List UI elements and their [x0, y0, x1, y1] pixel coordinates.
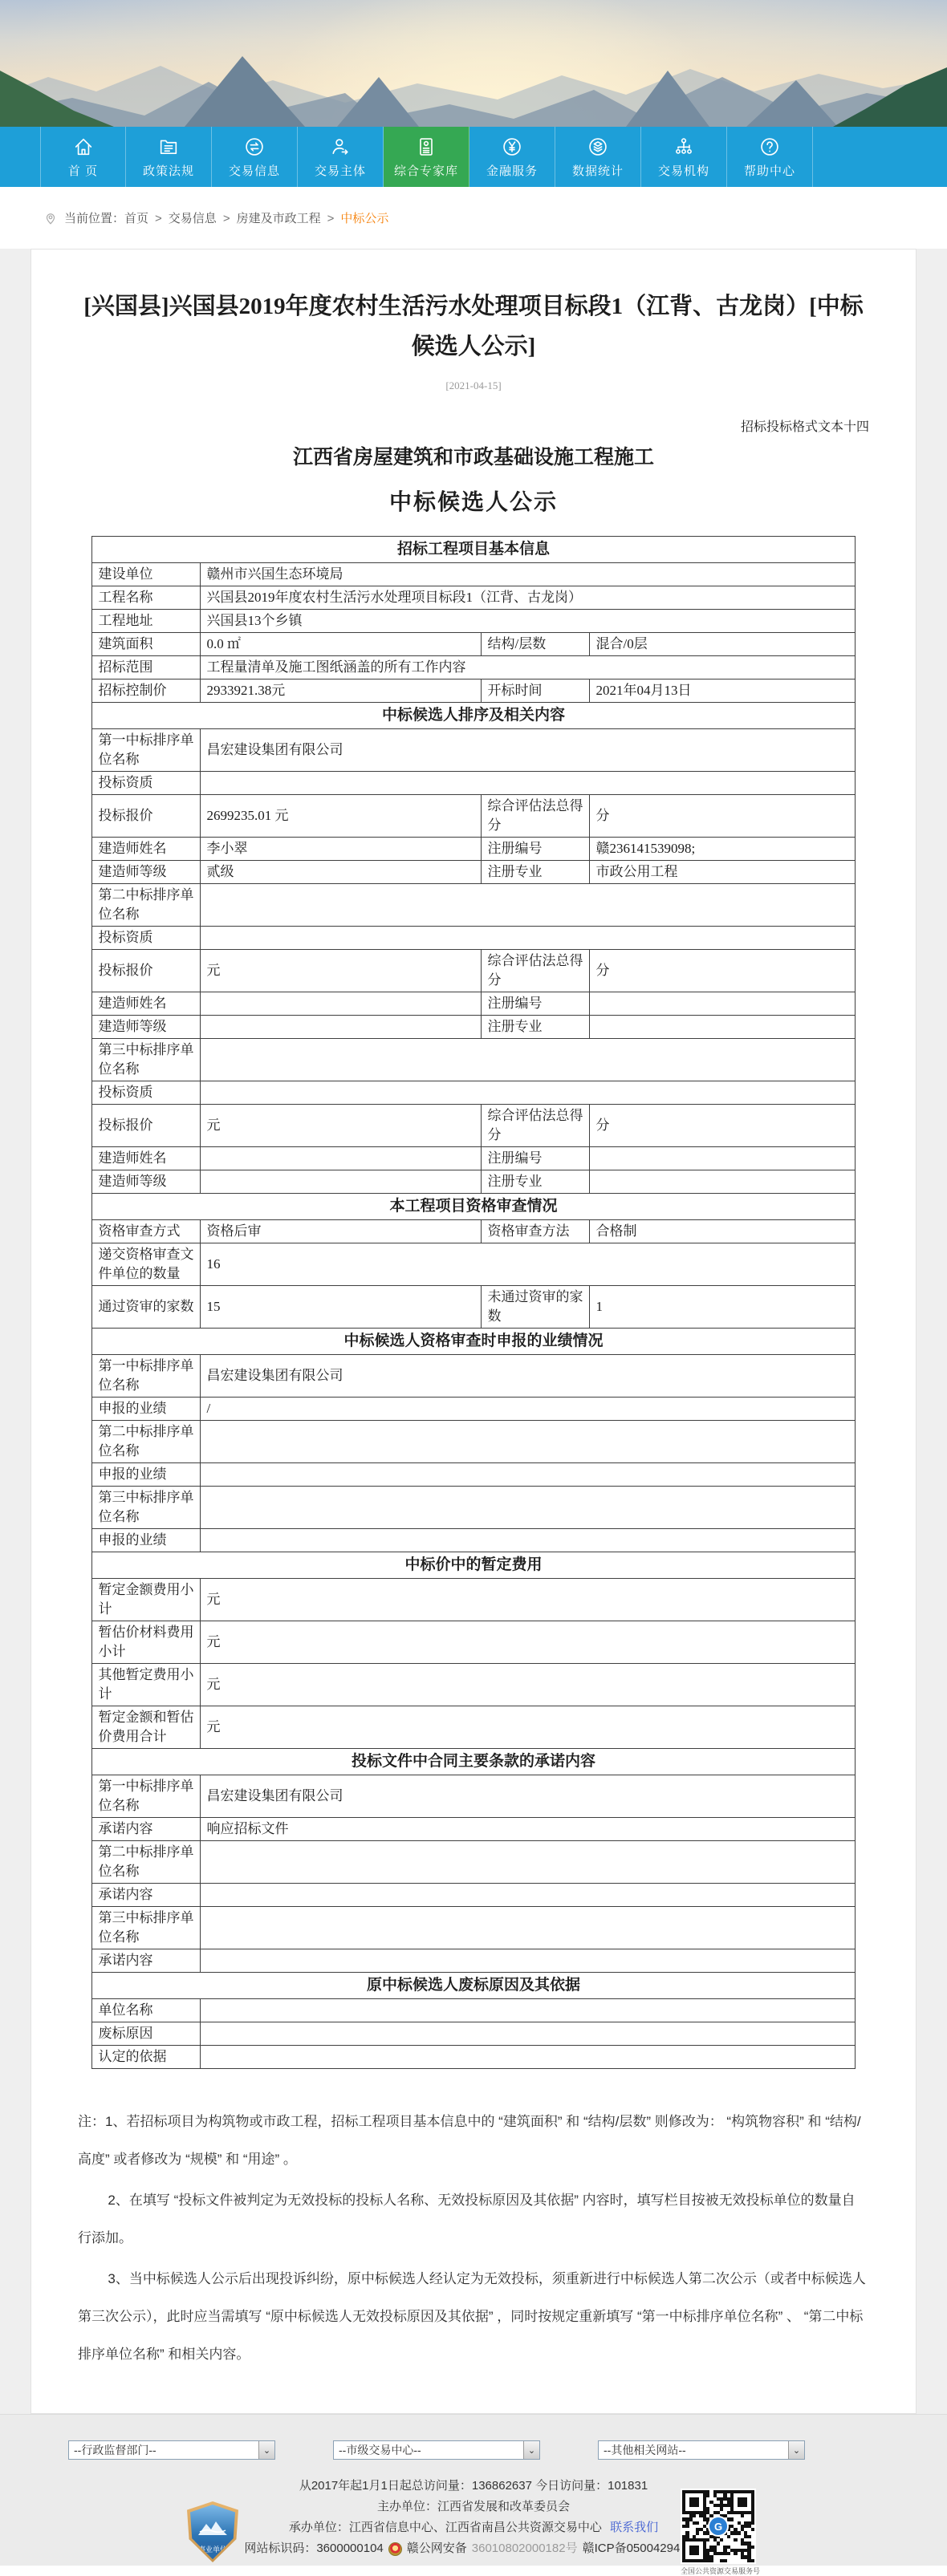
label-cell: 资格审查方式 [92, 1220, 201, 1243]
value-cell [201, 2022, 855, 2046]
label-cell: 未通过资审的家数 [482, 1286, 590, 1329]
label-cell: 第二中标排序单位名称 [92, 1421, 201, 1463]
nav-item-label: 帮助中心 [744, 162, 795, 179]
table-row: 建造师姓名注册编号 [92, 992, 855, 1016]
value-cell: 响应招标文件 [201, 1818, 855, 1841]
section-header-cell: 本工程项目资格审查情况 [92, 1194, 855, 1220]
police-badge-icon [388, 2542, 402, 2556]
label-cell: 注册编号 [482, 1147, 590, 1170]
nav-item-2[interactable]: 交易信息 [212, 127, 298, 187]
label-cell: 综合评估法总得分 [482, 950, 590, 992]
label-cell: 建造师姓名 [92, 1147, 201, 1170]
value-cell [201, 772, 855, 795]
value-cell [201, 2046, 855, 2069]
label-cell: 投标资质 [92, 1081, 201, 1105]
table-row: 资格审查方式资格后审资格审查方法合格制 [92, 1220, 855, 1243]
nav-item-4[interactable]: 综合专家库 [384, 127, 469, 187]
location-pin-icon [43, 211, 58, 225]
label-cell: 第二中标排序单位名称 [92, 884, 201, 927]
dropdown-selected-value: --市级交易中心-- [334, 2442, 523, 2458]
table-row: 第二中标排序单位名称 [92, 1841, 855, 1884]
footer-dropdown-0[interactable]: --行政监督部门--⌄ [68, 2440, 275, 2460]
bid-result-table: 招标工程项目基本信息建设单位赣州市兴国生态环境局工程名称兴国县2019年度农村生… [91, 536, 855, 2069]
table-row: 申报的业绩 [92, 1463, 855, 1487]
qr-caption: 全国公共资源交易服务号 [681, 2566, 758, 2576]
value-cell [590, 1016, 855, 1039]
label-cell: 工程地址 [92, 610, 201, 633]
value-cell: 元 [201, 950, 482, 992]
breadcrumb-items: 首页>交易信息>房建及市政工程>中标公示 [124, 209, 388, 226]
nav-item-label: 金融服务 [486, 162, 538, 179]
table-section-header: 投标文件中合同主要条款的承诺内容 [92, 1749, 855, 1775]
table-section-header: 原中标候选人废标原因及其依据 [92, 1973, 855, 1999]
value-cell [201, 1463, 855, 1487]
label-cell: 建造师等级 [92, 1016, 201, 1039]
table-row: 投标资质 [92, 1081, 855, 1105]
value-cell: 混合/0层 [590, 633, 855, 656]
main-nav: 首 页政策法规交易信息交易主体综合专家库金融服务数据统计交易机构帮助中心 [0, 127, 947, 187]
table-row: 投标报价2699235.01 元综合评估法总得分分 [92, 795, 855, 838]
breadcrumb-separator: > [327, 212, 335, 225]
value-cell: 赣236141539098; [590, 838, 855, 861]
label-cell: 招标控制价 [92, 679, 201, 703]
table-row: 单位名称 [92, 1999, 855, 2022]
table-row: 投标报价元综合评估法总得分分 [92, 950, 855, 992]
footer-dropdown-1[interactable]: --市级交易中心--⌄ [333, 2440, 540, 2460]
value-cell [201, 1529, 855, 1552]
value-cell [201, 1016, 482, 1039]
value-cell: 0.0 ㎡ [201, 633, 482, 656]
value-cell: 兴国县13个乡镇 [201, 610, 855, 633]
note-paragraph: 3、当中标候选人公示后出现投诉纠纷，原中标候选人经认定为无效投标，须重新进行中标… [78, 2260, 868, 2373]
table-row: 第一中标排序单位名称昌宏建设集团有限公司 [92, 729, 855, 772]
label-cell: 建造师姓名 [92, 992, 201, 1016]
label-cell: 工程名称 [92, 586, 201, 610]
value-cell [201, 1147, 482, 1170]
dropdown-selected-value: --其他相关网站-- [599, 2442, 788, 2458]
value-cell [590, 1147, 855, 1170]
organizer-unit: 承办单位：江西省信息中心、江西省南昌公共资源交易中心 [289, 2521, 602, 2534]
note-paragraph: 注：1、若招标项目为构筑物或市政工程，招标工程项目基本信息中的 “建筑面积” 和… [78, 2103, 868, 2178]
table-row: 建造师等级注册专业 [92, 1170, 855, 1194]
announcement-card: [兴国县]兴国县2019年度农村生活污水处理项目标段1（江背、古龙岗）[中标候选… [30, 249, 917, 2414]
value-cell: 2021年04月13日 [590, 679, 855, 703]
table-row: 申报的业绩 [92, 1529, 855, 1552]
badge-mountain-icon [197, 2517, 229, 2538]
table-row: 递交资格审查文件单位的数量16 [92, 1243, 855, 1286]
value-cell: 元 [201, 1105, 482, 1147]
value-cell: 资格后审 [201, 1220, 482, 1243]
label-cell: 综合评估法总得分 [482, 795, 590, 838]
table-row: 投标报价元综合评估法总得分分 [92, 1105, 855, 1147]
help-icon [758, 136, 781, 158]
nav-item-label: 数据统计 [572, 162, 624, 179]
breadcrumb-separator: > [223, 212, 230, 225]
breadcrumb-prefix: 当前位置： [64, 209, 124, 226]
label-cell: 招标范围 [92, 656, 201, 679]
nav-item-6[interactable]: 数据统计 [555, 127, 641, 187]
value-cell: 分 [590, 1105, 855, 1147]
label-cell: 投标资质 [92, 772, 201, 795]
qr-code: G [681, 2489, 756, 2564]
label-cell: 注册编号 [482, 992, 590, 1016]
label-cell: 第三中标排序单位名称 [92, 1487, 201, 1529]
host-unit: 主办单位：江西省发展和改革委员会 [0, 2497, 947, 2517]
visit-stats: 从2017年起1月1日起总访问量：136862637 今日访问量：101831 [0, 2476, 947, 2497]
label-cell: 结构/层数 [482, 633, 590, 656]
site-footer: --行政监督部门--⌄--市级交易中心--⌄--其他相关网站--⌄ 从2017年… [0, 2414, 947, 2566]
format-label: 招标投标格式文本十四 [31, 416, 869, 435]
table-row: 申报的业绩/ [92, 1398, 855, 1421]
label-cell: 第三中标排序单位名称 [92, 1039, 201, 1081]
value-cell [201, 1907, 855, 1949]
nav-item-label: 交易信息 [229, 162, 280, 179]
table-row: 建造师等级注册专业 [92, 1016, 855, 1039]
table-row: 废标原因 [92, 2022, 855, 2046]
label-cell: 递交资格审查文件单位的数量 [92, 1243, 201, 1286]
value-cell: 2933921.38元 [201, 679, 482, 703]
dropdown-selected-value: --行政监督部门-- [69, 2442, 258, 2458]
value-cell: 赣州市兴国生态环境局 [201, 563, 855, 586]
label-cell: 第一中标排序单位名称 [92, 1355, 201, 1398]
value-cell: 昌宏建设集团有限公司 [201, 1775, 855, 1818]
label-cell: 注册专业 [482, 1016, 590, 1039]
table-row: 投标资质 [92, 772, 855, 795]
nav-item-5[interactable]: 金融服务 [469, 127, 555, 187]
expert-idcard-icon [415, 136, 437, 158]
exchange-icon [243, 136, 266, 158]
label-cell: 投标报价 [92, 795, 201, 838]
value-cell [590, 1170, 855, 1194]
label-cell: 注册专业 [482, 1170, 590, 1194]
page-title: [兴国县]兴国县2019年度农村生活污水处理项目标段1（江背、古龙岗）[中标候选… [72, 286, 875, 367]
table-row: 招标控制价2933921.38元开标时间2021年04月13日 [92, 679, 855, 703]
label-cell: 其他暂定费用小计 [92, 1664, 201, 1706]
table-row: 其他暂定费用小计元 [92, 1664, 855, 1706]
value-cell: 贰级 [201, 861, 482, 884]
value-cell: 李小翠 [201, 838, 482, 861]
value-cell: 16 [201, 1243, 855, 1286]
value-cell [201, 1039, 855, 1081]
value-cell [201, 1884, 855, 1907]
breadcrumb-link[interactable]: 首页 [124, 212, 148, 225]
value-cell: 2699235.01 元 [201, 795, 482, 838]
label-cell: 申报的业绩 [92, 1463, 201, 1487]
value-cell [201, 927, 855, 950]
qr-logo: G [708, 2516, 729, 2537]
table-row: 第三中标排序单位名称 [92, 1487, 855, 1529]
nav-item-label: 政策法规 [143, 162, 194, 179]
label-cell: 第一中标排序单位名称 [92, 1775, 201, 1818]
label-cell: 废标原因 [92, 2022, 201, 2046]
chevron-down-icon: ⌄ [258, 2441, 274, 2459]
label-cell: 承诺内容 [92, 1949, 201, 1973]
breadcrumb-separator: > [155, 212, 162, 225]
nav-item-1[interactable]: 政策法规 [126, 127, 212, 187]
label-cell: 申报的业绩 [92, 1398, 201, 1421]
value-cell [201, 1421, 855, 1463]
label-cell: 暂定金额费用小计 [92, 1579, 201, 1621]
section-header-cell: 中标候选人排序及相关内容 [92, 703, 855, 729]
value-cell: 兴国县2019年度农村生活污水处理项目标段1（江背、古龙岗） [201, 586, 855, 610]
value-cell [590, 992, 855, 1016]
label-cell: 第一中标排序单位名称 [92, 729, 201, 772]
table-row: 第一中标排序单位名称昌宏建设集团有限公司 [92, 1355, 855, 1398]
policy-folder-icon [157, 136, 180, 158]
table-row: 承诺内容响应招标文件 [92, 1818, 855, 1841]
label-cell: 单位名称 [92, 1999, 201, 2022]
table-row: 投标资质 [92, 927, 855, 950]
label-cell: 综合评估法总得分 [482, 1105, 590, 1147]
table-row: 建筑面积0.0 ㎡结构/层数混合/0层 [92, 633, 855, 656]
table-row: 工程名称兴国县2019年度农村生活污水处理项目标段1（江背、古龙岗） [92, 586, 855, 610]
value-cell [201, 1841, 855, 1884]
qr-code-block: G 全国公共资源交易服务号 [681, 2489, 758, 2576]
table-row: 第二中标排序单位名称 [92, 1421, 855, 1463]
label-cell: 申报的业绩 [92, 1529, 201, 1552]
site-code: 网站标识码：3600000104 [244, 2538, 383, 2559]
label-cell: 建造师姓名 [92, 838, 201, 861]
breadcrumb: 当前位置： 首页>交易信息>房建及市政工程>中标公示 [0, 187, 947, 249]
table-row: 承诺内容 [92, 1884, 855, 1907]
chevron-down-icon: ⌄ [523, 2441, 539, 2459]
nav-item-label: 首 页 [68, 162, 98, 179]
note-paragraph: 2、在填写 “投标文件被判定为无效投标的投标人名称、无效投标原因及其依据” 内容… [78, 2181, 868, 2257]
table-row: 暂定金额和暂估价费用合计元 [92, 1706, 855, 1749]
nav-item-3[interactable]: 交易主体 [298, 127, 384, 187]
table-section-header: 中标价中的暂定费用 [92, 1552, 855, 1579]
finance-yuan-icon [501, 136, 523, 158]
nav-item-label: 综合专家库 [394, 162, 458, 179]
table-row: 建造师等级贰级注册专业市政公用工程 [92, 861, 855, 884]
breadcrumb-link[interactable]: 房建及市政工程 [237, 212, 321, 225]
label-cell: 建造师等级 [92, 1170, 201, 1194]
value-cell [201, 1949, 855, 1973]
section-header-cell: 招标工程项目基本信息 [92, 537, 855, 563]
nav-item-8[interactable]: 帮助中心 [727, 127, 813, 187]
value-cell [201, 884, 855, 927]
table-row: 承诺内容 [92, 1949, 855, 1973]
value-cell: 工程量清单及施工图纸涵盖的所有工作内容 [201, 656, 855, 679]
org-chart-icon [673, 136, 695, 158]
table-row: 建造师姓名注册编号 [92, 1147, 855, 1170]
section-header-cell: 投标文件中合同主要条款的承诺内容 [92, 1749, 855, 1775]
organizer-line: 承办单位：江西省信息中心、江西省南昌公共资源交易中心 联系我们 [0, 2517, 947, 2538]
value-cell: 元 [201, 1579, 855, 1621]
section-header-cell: 中标候选人资格审查时申报的业绩情况 [92, 1329, 855, 1355]
banner-image [0, 0, 947, 127]
value-cell [201, 1487, 855, 1529]
table-row: 第一中标排序单位名称昌宏建设集团有限公司 [92, 1775, 855, 1818]
label-cell: 通过资审的家数 [92, 1286, 201, 1329]
value-cell: / [201, 1398, 855, 1421]
trade-subject-user-icon [329, 136, 352, 158]
table-row: 暂定金额费用小计元 [92, 1579, 855, 1621]
value-cell [201, 992, 482, 1016]
table-section-header: 招标工程项目基本信息 [92, 537, 855, 563]
footer-dropdown-2[interactable]: --其他相关网站--⌄ [598, 2440, 805, 2460]
value-cell: 元 [201, 1664, 855, 1706]
section-header-cell: 中标价中的暂定费用 [92, 1552, 855, 1579]
record-line: 网站标识码：3600000104 赣公网安备 36010802000182号 赣… [244, 2538, 702, 2559]
table-row: 工程地址兴国县13个乡镇 [92, 610, 855, 633]
table-row: 建设单位赣州市兴国生态环境局 [92, 563, 855, 586]
home-icon [72, 136, 95, 158]
label-cell: 认定的依据 [92, 2046, 201, 2069]
label-cell: 投标报价 [92, 950, 201, 992]
value-cell: 市政公用工程 [590, 861, 855, 884]
value-cell: 合格制 [590, 1220, 855, 1243]
table-section-header: 中标候选人排序及相关内容 [92, 703, 855, 729]
table-row: 第三中标排序单位名称 [92, 1039, 855, 1081]
value-cell: 昌宏建设集团有限公司 [201, 729, 855, 772]
value-cell [201, 1170, 482, 1194]
value-cell: 昌宏建设集团有限公司 [201, 1355, 855, 1398]
value-cell: 元 [201, 1621, 855, 1664]
label-cell: 注册专业 [482, 861, 590, 884]
nav-item-label: 交易主体 [315, 162, 366, 179]
contact-us-link[interactable]: 联系我们 [610, 2521, 658, 2534]
table-row: 第二中标排序单位名称 [92, 884, 855, 927]
nav-item-0[interactable]: 首 页 [40, 127, 126, 187]
label-cell: 第二中标排序单位名称 [92, 1841, 201, 1884]
section-header-cell: 原中标候选人废标原因及其依据 [92, 1973, 855, 1999]
table-row: 招标范围工程量清单及施工图纸涵盖的所有工作内容 [92, 656, 855, 679]
label-cell: 第三中标排序单位名称 [92, 1907, 201, 1949]
value-cell: 元 [201, 1706, 855, 1749]
breadcrumb-link[interactable]: 交易信息 [169, 212, 217, 225]
mountains-graphic [0, 0, 947, 127]
label-cell: 开标时间 [482, 679, 590, 703]
label-cell: 投标报价 [92, 1105, 201, 1147]
document-title: 江西省房屋建筑和市政基础设施工程施工 [31, 441, 916, 470]
table-section-header: 本工程项目资格审查情况 [92, 1194, 855, 1220]
police-record-prefix: 赣公网安备 [407, 2538, 467, 2559]
table-row: 通过资审的家数15未通过资审的家数1 [92, 1286, 855, 1329]
value-cell [201, 1999, 855, 2022]
label-cell: 暂估价材料费用小计 [92, 1621, 201, 1664]
table-row: 暂估价材料费用小计元 [92, 1621, 855, 1664]
label-cell: 投标资质 [92, 927, 201, 950]
table-row: 第三中标排序单位名称 [92, 1907, 855, 1949]
statistics-layers-icon [587, 136, 609, 158]
label-cell: 建设单位 [92, 563, 201, 586]
table-row: 认定的依据 [92, 2046, 855, 2069]
chevron-down-icon: ⌄ [788, 2441, 804, 2459]
publish-date: [2021-04-15] [31, 379, 916, 392]
table-section-header: 中标候选人资格审查时申报的业绩情况 [92, 1329, 855, 1355]
value-cell: 分 [590, 795, 855, 838]
value-cell: 分 [590, 950, 855, 992]
footer-info: 从2017年起1月1日起总访问量：136862637 今日访问量：101831 … [0, 2476, 947, 2559]
label-cell: 暂定金额和暂估价费用合计 [92, 1706, 201, 1749]
document-subtitle: 中标候选人公示 [31, 485, 916, 517]
notes-section: 注：1、若招标项目为构筑物或市政工程，招标工程项目基本信息中的 “建筑面积” 和… [78, 2103, 868, 2373]
label-cell: 承诺内容 [92, 1818, 201, 1841]
label-cell: 建造师等级 [92, 861, 201, 884]
table-row: 建造师姓名李小翠注册编号赣236141539098; [92, 838, 855, 861]
value-cell: 15 [201, 1286, 482, 1329]
police-record-number: 36010802000182号 [472, 2538, 578, 2559]
label-cell: 承诺内容 [92, 1884, 201, 1907]
label-cell: 注册编号 [482, 838, 590, 861]
breadcrumb-current: 中标公示 [340, 212, 388, 225]
value-cell [201, 1081, 855, 1105]
label-cell: 资格审查方法 [482, 1220, 590, 1243]
nav-item-label: 交易机构 [658, 162, 709, 179]
value-cell: 1 [590, 1286, 855, 1329]
footer-dropdowns: --行政监督部门--⌄--市级交易中心--⌄--其他相关网站--⌄ [68, 2440, 805, 2460]
label-cell: 建筑面积 [92, 633, 201, 656]
nav-item-7[interactable]: 交易机构 [641, 127, 727, 187]
